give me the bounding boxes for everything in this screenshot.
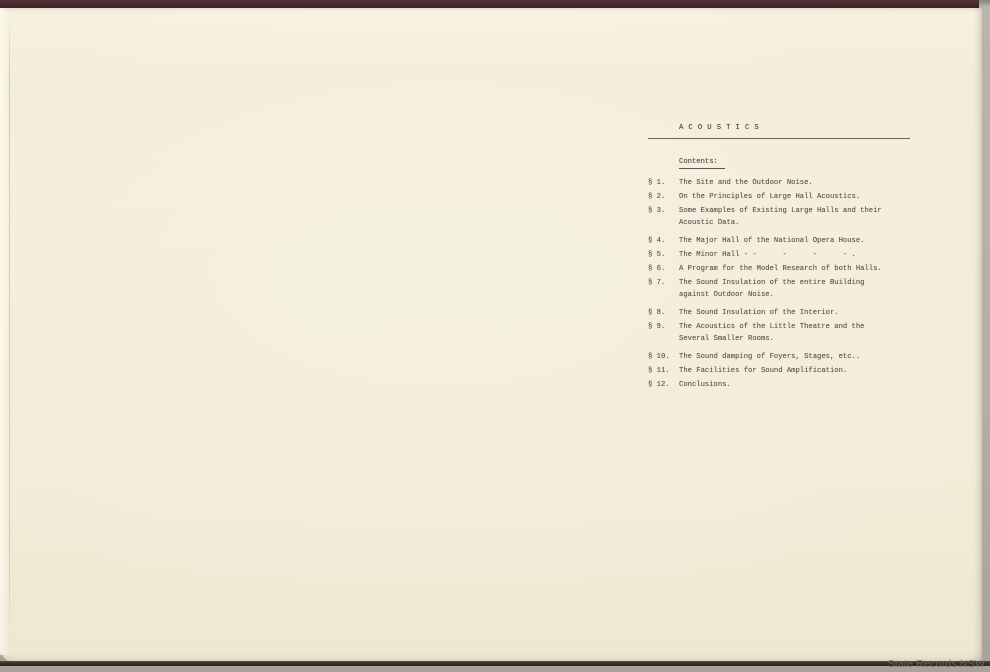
toc-item-text: The Major Hall of the National Opera Hou… — [679, 235, 910, 247]
toc-item-number: § 7. — [648, 277, 679, 301]
toc-item: § 2. On the Principles of Large Hall Aco… — [648, 191, 910, 203]
page-title: A C O U S T I C S — [648, 122, 910, 139]
toc-item-text: The Minor Hall - - - - - . — [679, 249, 910, 261]
toc-item-number: § 5. — [648, 249, 679, 261]
toc-item-number: § 6. — [648, 263, 679, 275]
contents-heading: Contents: — [679, 156, 725, 169]
toc-item: § 9. The Acoustics of the Little Theatre… — [648, 321, 910, 345]
toc-item-text: The Sound Insulation of the Interior. — [679, 307, 910, 319]
toc-item-number: § 3. — [648, 205, 679, 229]
toc-item-text: Conclusions. — [679, 379, 910, 391]
toc-item-text: A Program for the Model Research of both… — [679, 263, 910, 275]
toc-item-number: § 9. — [648, 321, 679, 345]
toc-item: § 4. The Major Hall of the National Oper… — [648, 235, 910, 247]
toc-item: § 1. The Site and the Outdoor Noise. — [648, 177, 910, 189]
toc-item-number: § 2. — [648, 191, 679, 203]
toc-item: § 7. The Sound Insulation of the entire … — [648, 277, 910, 301]
toc-item: § 12. Conclusions. — [648, 379, 910, 391]
book-bottom-edge — [0, 661, 990, 666]
toc-item: § 11. The Facilities for Sound Amplifica… — [648, 365, 910, 377]
toc-item-number: § 1. — [648, 177, 679, 189]
toc-item-number: § 4. — [648, 235, 679, 247]
document-page: A C O U S T I C S Contents: § 1. The Sit… — [0, 8, 982, 663]
archive-watermark: State Records NSW — [888, 658, 985, 670]
toc-item: § 10. The Sound damping of Foyers, Stage… — [648, 351, 910, 363]
toc-item-number: § 12. — [648, 379, 679, 391]
contents-heading-row: Contents: — [679, 156, 910, 169]
toc-item: § 6. A Program for the Model Research of… — [648, 263, 910, 275]
toc-item-number: § 8. — [648, 307, 679, 319]
toc-item-text: The Sound damping of Foyers, Stages, etc… — [679, 351, 910, 363]
toc-item-number: § 10. — [648, 351, 679, 363]
toc-item-text: On the Principles of Large Hall Acoustic… — [679, 191, 910, 203]
toc-item: § 5. The Minor Hall - - - - - . — [648, 249, 910, 261]
toc-item-text: The Site and the Outdoor Noise. — [679, 177, 910, 189]
toc-item-text: The Sound Insulation of the entire Build… — [679, 277, 910, 301]
page-gutter-crease — [9, 12, 10, 649]
table-of-contents: § 1. The Site and the Outdoor Noise. § 2… — [648, 177, 910, 391]
toc-item-text: The Acoustics of the Little Theatre and … — [679, 321, 910, 345]
book-cover-corner — [979, 0, 990, 6]
toc-item-text: Some Examples of Existing Large Halls an… — [679, 205, 910, 229]
toc-item: § 3. Some Examples of Existing Large Hal… — [648, 205, 910, 229]
toc-item-text: The Facilities for Sound Amplification. — [679, 365, 910, 377]
toc-item: § 8. The Sound Insulation of the Interio… — [648, 307, 910, 319]
page-gutter-highlight — [0, 8, 9, 655]
toc-item-number: § 11. — [648, 365, 679, 377]
typewritten-content: A C O U S T I C S Contents: § 1. The Sit… — [648, 122, 910, 393]
scanned-book-photo: A C O U S T I C S Contents: § 1. The Sit… — [0, 0, 990, 672]
